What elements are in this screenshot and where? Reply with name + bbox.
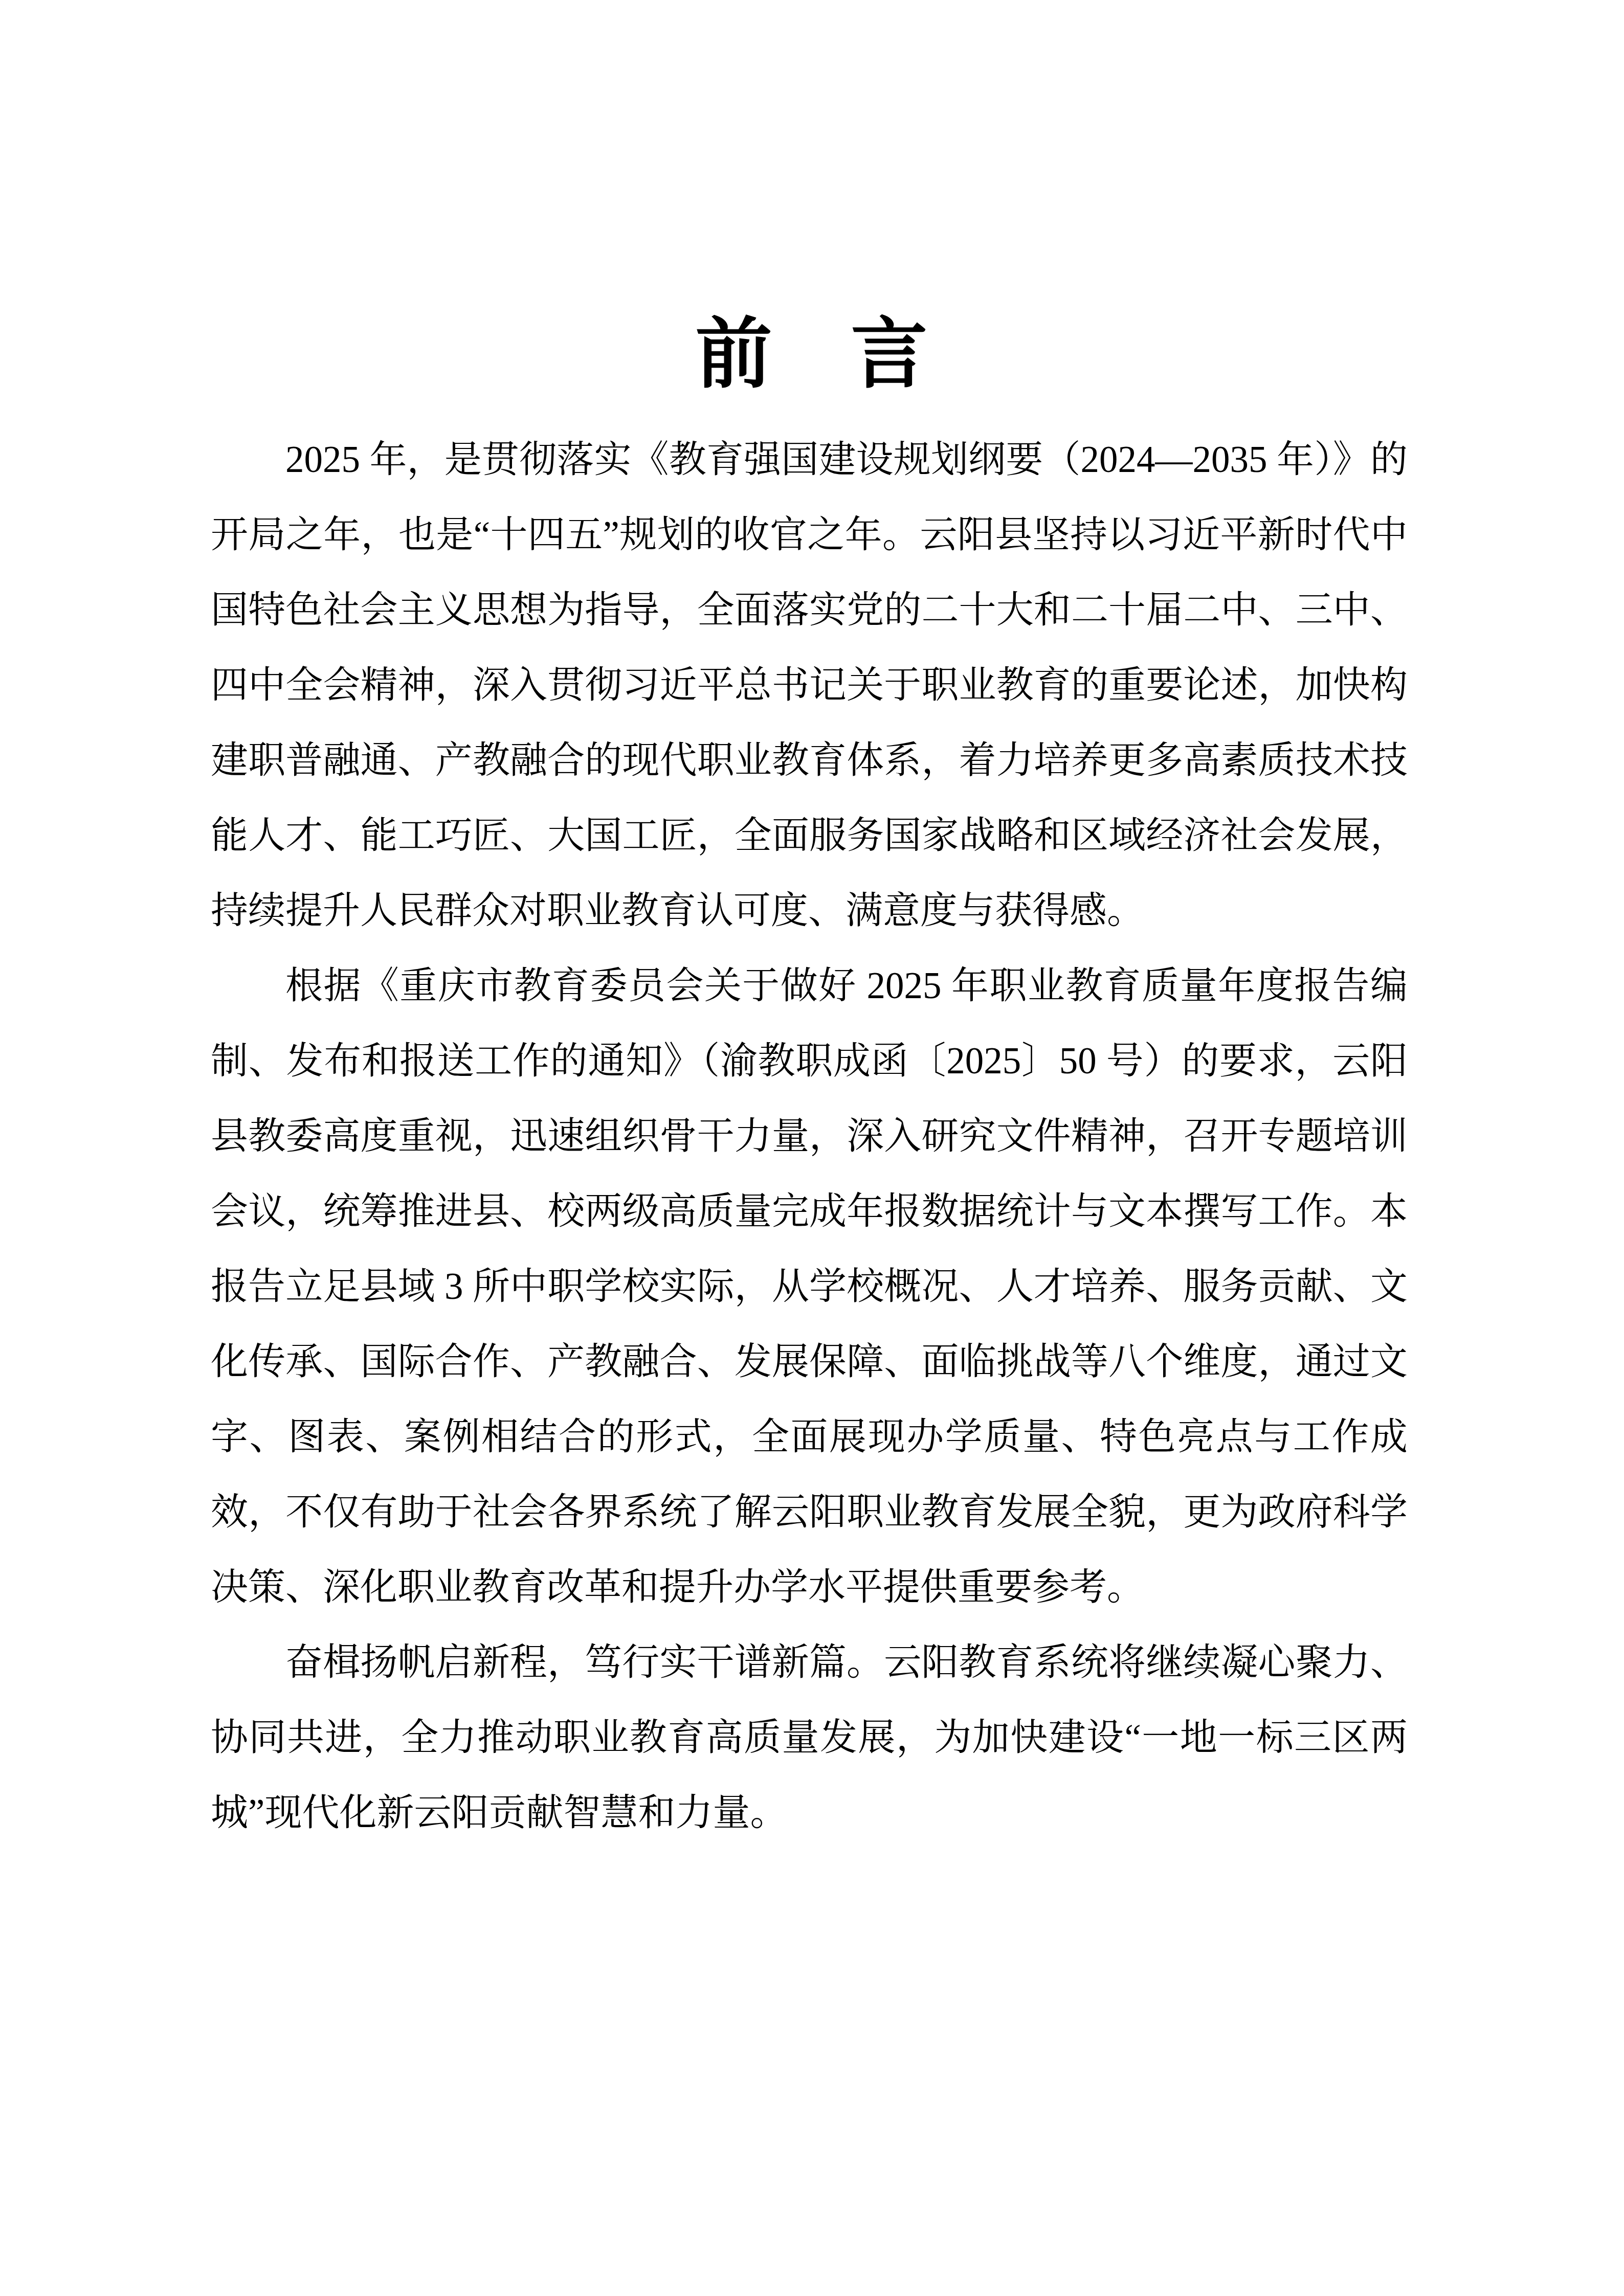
paragraph-3: 奋楫扬帆启新程，笃行实干谱新篇。云阳教育系统将继续凝心聚力、协同共进，全力推动职… — [211, 1625, 1408, 1850]
document-page: 前 言 2025 年，是贯彻落实《教育强国建设规划纲要（2024—2035 年）… — [0, 0, 1624, 2296]
paragraph-1: 2025 年，是贯彻落实《教育强国建设规划纲要（2024—2035 年）》的开局… — [211, 422, 1408, 948]
paragraph-2: 根据《重庆市教育委员会关于做好 2025 年职业教育质量年度报告编制、发布和报送… — [211, 948, 1408, 1625]
document-body: 2025 年，是贯彻落实《教育强国建设规划纲要（2024—2035 年）》的开局… — [211, 422, 1408, 1850]
page-title: 前 言 — [0, 0, 1624, 397]
